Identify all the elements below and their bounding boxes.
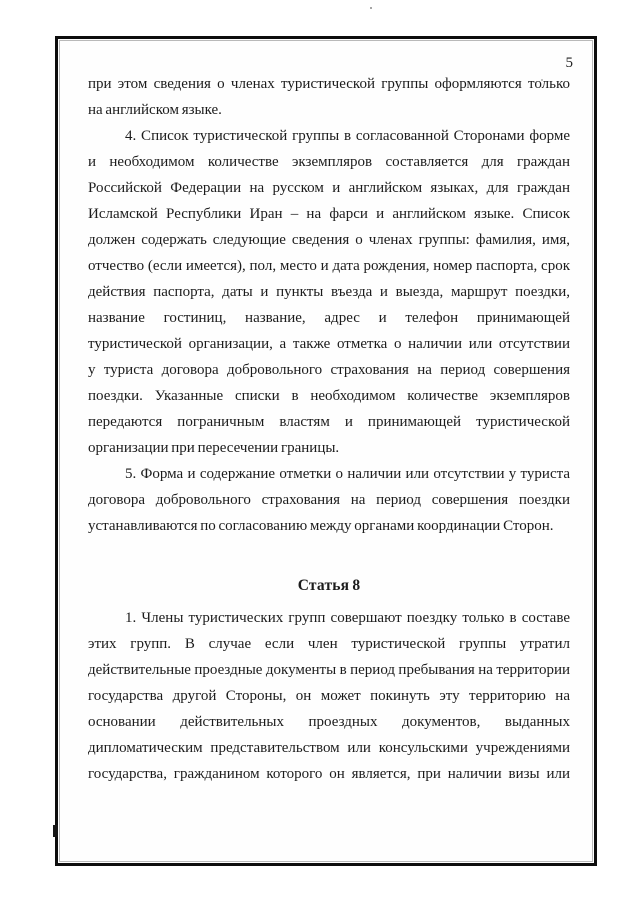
text-line: основании действительных проездных докум… <box>88 709 570 735</box>
paragraph: 4. Список туристической группы в согласо… <box>88 123 570 461</box>
text-line: при этом сведения о членах туристической… <box>88 71 570 97</box>
text-line: поездки. Указанные списки в необходимом … <box>88 383 570 409</box>
text-line: действительные проездные документы в пер… <box>88 657 570 683</box>
text-line: устанавливаются по согласованию между ор… <box>88 513 570 539</box>
text-line: Исламской Республики Иран – на фарси и а… <box>88 201 570 227</box>
text-line: Российской Федерации на русском и англий… <box>88 175 570 201</box>
scan-border-artifact <box>53 825 58 837</box>
text-line: название гостиниц, название, адрес и тел… <box>88 305 570 331</box>
paragraph: при этом сведения о членах туристической… <box>88 71 570 123</box>
text-line: передаются пограничным властям и принима… <box>88 409 570 435</box>
scan-speck-top <box>370 7 372 9</box>
document-content: при этом сведения о членах туристической… <box>88 71 570 787</box>
text-line: 1. Члены туристических групп совершают п… <box>88 605 570 631</box>
paragraph: 1. Члены туристических групп совершают п… <box>88 605 570 787</box>
text-line: и необходимом количестве экземпляров сос… <box>88 149 570 175</box>
text-line: государства, гражданином которого он явл… <box>88 761 570 787</box>
page-border-frame: 5 при этом сведения о членах туристическ… <box>55 36 597 866</box>
text-line: туристической организации, а также отмет… <box>88 331 570 357</box>
paragraph: 5. Форма и содержание отметки о наличии … <box>88 461 570 539</box>
text-line: договора добровольного страхования на пе… <box>88 487 570 513</box>
text-line: дипломатическим представительством или к… <box>88 735 570 761</box>
text-line: организации при пересечении границы. <box>88 435 570 461</box>
page-number: 5 <box>566 55 574 72</box>
text-line: этих групп. В случае если член туристиче… <box>88 631 570 657</box>
text-line: должен содержать следующие сведения о чл… <box>88 227 570 253</box>
text-line: действия паспорта, даты и пункты въезда … <box>88 279 570 305</box>
text-line: 4. Список туристической группы в согласо… <box>88 123 570 149</box>
text-line: государства другой Стороны, он может пок… <box>88 683 570 709</box>
text-line: 5. Форма и содержание отметки о наличии … <box>88 461 570 487</box>
text-line: у туриста договора добровольного страхов… <box>88 357 570 383</box>
text-line: на английском языке. <box>88 97 570 123</box>
text-line: отчество (если имеется), пол, место и да… <box>88 253 570 279</box>
article-heading: Статья 8 <box>88 573 570 599</box>
